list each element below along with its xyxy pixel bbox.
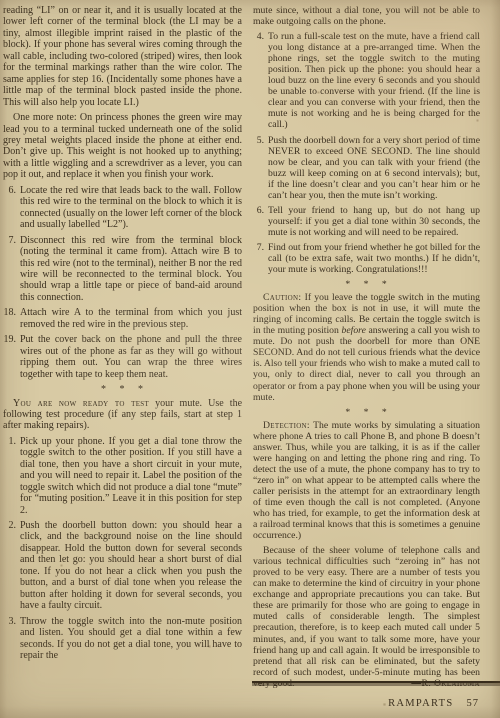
item-text: To run a full-scale test on the mute, ha… (268, 31, 480, 130)
emphasized-word: before (341, 325, 365, 336)
list-item: 2. Push the doorbell button down: you sh… (3, 520, 242, 612)
paragraph-text: Because of the sheer volume of telephone… (253, 545, 480, 689)
section-separator: * * * (3, 384, 242, 395)
paragraph-test-intro: You are now ready to test your mute. Use… (3, 398, 242, 432)
list-item: 1. Pick up your phone. If you get a dial… (3, 436, 242, 516)
paragraph-text: answering a call you wish to mute. Do no… (253, 325, 480, 402)
list-item: 18. Attach wire A to the terminal from w… (3, 307, 242, 330)
section-separator: * * * (253, 407, 480, 418)
item-text: Find out from your friend whether he got… (268, 242, 480, 275)
paragraph-caution: Caution: If you leave the toggle switch … (253, 292, 480, 402)
paragraph-closing: Because of the sheer volume of telephone… (253, 545, 480, 689)
item-text: Tell your friend to hang up, but do not … (268, 205, 480, 238)
item-number: 5. (253, 135, 264, 146)
item-text: Locate the red wire that leads back to t… (20, 185, 242, 230)
list-item: 6. Locate the red wire that leads back t… (3, 185, 242, 231)
paragraph-princess-note: One more note: On princess phones the gr… (3, 112, 242, 181)
item-text: Push the doorbell button down: you shoul… (20, 520, 242, 611)
paper-specks (0, 0, 1, 1)
smallcaps-lead: Caution: (263, 292, 301, 303)
item-number: 7. (3, 235, 16, 246)
item-text: Throw the toggle switch into the non-mut… (20, 616, 242, 661)
magazine-name: RAMPARTS (388, 698, 453, 709)
item-number: 2. (3, 520, 16, 531)
paragraph-reading-li: reading “LI” on or near it, and it is us… (3, 5, 242, 108)
item-number: 7. (253, 242, 264, 253)
item-number: 6. (253, 205, 264, 216)
item-number: 3. (3, 616, 16, 627)
paragraph-text: The mute works by simulating a situation… (253, 420, 480, 541)
footer-rule (252, 681, 500, 686)
item-text: Attach wire A to the terminal from which… (20, 307, 242, 329)
list-item: 7. Disconnect this red wire from the ter… (3, 235, 242, 304)
item-text: Pick up your phone. If you get a dial to… (20, 436, 242, 516)
item-text: Disconnect this red wire from the termin… (20, 235, 242, 303)
left-column: reading “LI” on or near it, and it is us… (3, 5, 242, 665)
page-footer: RAMPARTS57 (388, 698, 479, 709)
item-text: Put the cover back on the phone and pull… (20, 334, 242, 379)
item-text: Push the doorbell down for a very short … (268, 135, 480, 201)
list-item: 6. Tell your friend to hang up, but do n… (253, 205, 480, 238)
right-column: mute since, without a dial tone, you wil… (253, 5, 480, 693)
item-number: 6. (3, 185, 16, 196)
paragraph-continuation: mute since, without a dial tone, you wil… (253, 5, 480, 27)
list-item: 7. Find out from your friend whether he … (253, 242, 480, 275)
item-number: 1. (3, 436, 16, 447)
item-number: 4. (253, 31, 264, 42)
item-number: 18. (3, 307, 16, 318)
list-item: 3. Throw the toggle switch into the non-… (3, 616, 242, 662)
list-item: 4. To run a full-scale test on the mute,… (253, 31, 480, 130)
list-item: 19. Put the cover back on the phone and … (3, 334, 242, 380)
item-number: 19. (3, 334, 16, 345)
paragraph-detection: Detection: The mute works by simulating … (253, 420, 480, 542)
page-number: 57 (467, 698, 480, 709)
section-separator: * * * (253, 279, 480, 290)
smallcaps-lead: You are now ready to test (13, 398, 149, 409)
list-item: 5. Push the doorbell down for a very sho… (253, 135, 480, 201)
magazine-page: reading “LI” on or near it, and it is us… (0, 0, 500, 718)
smallcaps-lead: Detection: (263, 420, 310, 431)
